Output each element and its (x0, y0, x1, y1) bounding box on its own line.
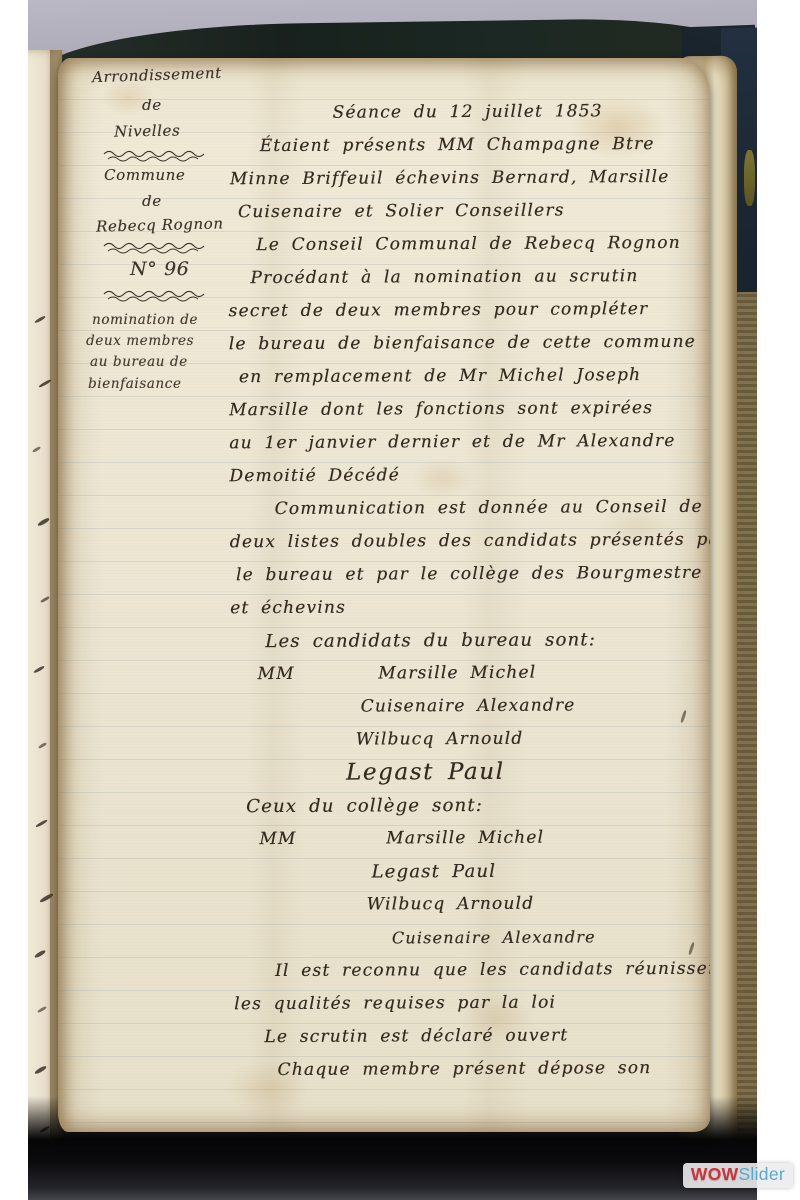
margin-subject-line: bienfaisance (88, 376, 181, 392)
margin-commune-name: Rebecq Rognon (96, 214, 224, 235)
screenshot-canvas: Arrondissement de Nivelles Commune de Re… (0, 0, 800, 1200)
margin-subject-line: deux membres (86, 333, 194, 349)
candidate-row: MM Marsille Michel (257, 656, 708, 691)
manuscript-line: deux listes doubles des candidats présen… (230, 524, 708, 560)
manuscript-body: Séance du 12 juillet 1853 Étaient présen… (227, 95, 710, 1087)
manuscript-line: Procédant à la nomination au scrutin (250, 260, 706, 295)
candidate-name: Legast Paul (346, 755, 709, 790)
manuscript-line: en remplacement de Mr Michel Joseph (239, 359, 707, 394)
candidate-name: Marsille Michel (386, 822, 544, 856)
margin-notes: Arrondissement de Nivelles Commune de Re… (84, 58, 240, 418)
candidate-name: Wilbucq Arnould (367, 887, 710, 922)
margin-subject-line: au bureau de (90, 354, 188, 370)
manuscript-line: Le Conseil Communal de Rebecq Rognon (256, 227, 706, 262)
margin-divider-squiggle (102, 242, 214, 254)
margin-divider-squiggle (102, 290, 214, 302)
manuscript-line: Chaque membre présent dépose son (277, 1052, 710, 1087)
margin-de: de (142, 96, 162, 114)
margin-commune-label: Commune (104, 166, 185, 184)
candidate-row: MM Marsille Michel (259, 821, 709, 856)
college-candidates-intro: Ceux du collège sont: (246, 788, 709, 823)
manuscript-line: le bureau et par le collège des Bourgmes… (236, 557, 708, 592)
book-photo: Arrondissement de Nivelles Commune de Re… (28, 0, 757, 1200)
margin-divider-squiggle (102, 150, 214, 162)
manuscript-line: Communication est donnée au Conseil de (274, 491, 707, 526)
margin-act-number: N° 96 (130, 258, 189, 280)
bureau-candidates-intro: Les candidats du bureau sont: (265, 623, 708, 658)
cover-damage-spot (744, 150, 755, 206)
session-heading: Séance du 12 juillet 1853 (332, 95, 705, 130)
mm-label: MM (257, 658, 294, 691)
manuscript-line: Demoitié Décédé (229, 458, 707, 494)
manuscript-line: Il est reconnu que les candidats réuniss… (275, 953, 710, 988)
candidate-name: Legast Paul (371, 854, 709, 889)
margin-subject-line: nomination de (92, 312, 198, 328)
watermark-slider-text: Slider (738, 1164, 785, 1184)
wowslider-watermark-link[interactable]: WOWSlider (683, 1163, 793, 1188)
book-cover-cloth-edge (737, 292, 757, 1140)
candidate-name: Cuisenaire Alexandre (361, 689, 709, 724)
manuscript-line: Étaient présents MM Champagne Btre (260, 128, 706, 163)
manuscript-line: Marsille dont les fonctions sont expirée… (229, 392, 707, 428)
margin-arrondissement: Arrondissement (92, 64, 222, 87)
candidate-name: Wilbucq Arnould (356, 722, 709, 757)
manuscript-line: Minne Briffeuil échevins Bernard, Marsil… (230, 161, 706, 196)
candidate-name: Cuisenaire Alexandre (392, 920, 710, 955)
manuscript-line: Le scrutin est déclaré ouvert (264, 1019, 710, 1054)
manuscript-line: secret de deux membres pour compléter (228, 293, 706, 329)
margin-de: de (142, 192, 162, 210)
manuscript-page: Arrondissement de Nivelles Commune de Re… (58, 58, 710, 1132)
manuscript-line: le bureau de bienfaisance de cette commu… (229, 326, 707, 362)
manuscript-line: et échevins (230, 590, 708, 626)
candidate-name: Marsille Michel (378, 657, 536, 691)
margin-district: Nivelles (114, 121, 181, 140)
manuscript-line: les qualités requises par la loi (234, 986, 710, 1021)
manuscript-line: au 1er janvier dernier et de Mr Alexandr… (229, 425, 707, 461)
watermark-wow-text: WOW (691, 1164, 739, 1184)
mm-label: MM (259, 823, 296, 856)
manuscript-line: Cuisenaire et Solier Conseillers (238, 194, 706, 229)
